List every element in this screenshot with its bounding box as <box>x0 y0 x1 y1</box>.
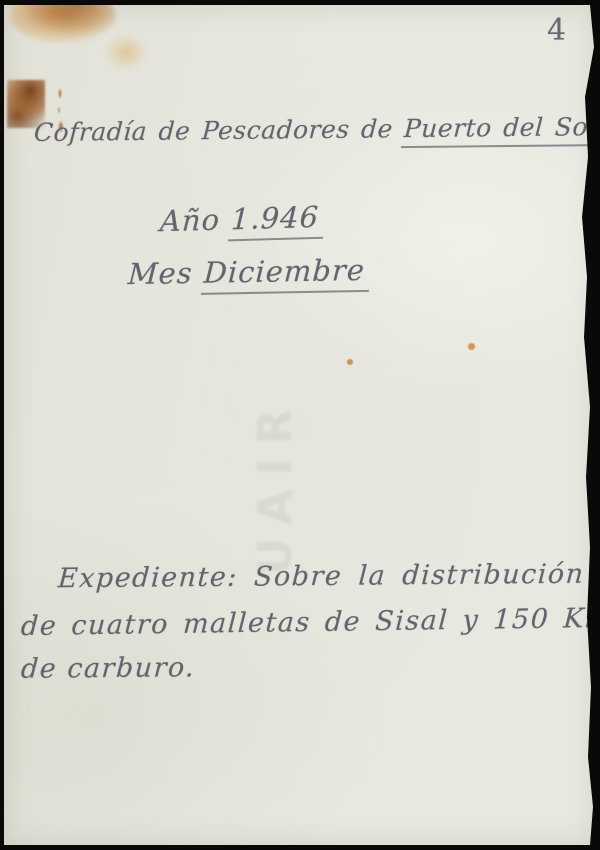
month-value: Diciembre <box>201 253 371 295</box>
subject-line-2: de cuatro malletas de Sisal y 150 Kl. <box>20 603 600 642</box>
page-number: 4 <box>547 13 566 48</box>
title-place-underlined: Puerto del Son <box>401 112 600 148</box>
title-prefix: Cofradía de Pescadores de <box>33 114 394 147</box>
paper-watermark: UAIR <box>248 295 312 575</box>
document-title: Cofradía de Pescadores dePuerto del Son <box>33 112 600 147</box>
year-line: Año1.946 <box>159 200 324 239</box>
document-page: UAIR 4 Cofradía de Pescadores dePuerto d… <box>4 5 596 845</box>
rust-stain-top <box>10 0 116 43</box>
rust-speck <box>347 359 353 365</box>
year-value: 1.946 <box>228 200 325 242</box>
year-label: Año <box>159 203 220 239</box>
month-line: MesDiciembre <box>127 253 371 291</box>
subject-line-3: de carburo. <box>20 652 196 685</box>
subject-line-1: Expediente: Sobre la distribución <box>57 559 585 595</box>
month-label: Mes <box>127 256 194 291</box>
rust-speck <box>468 343 475 350</box>
rust-stain-top-light <box>105 34 147 70</box>
